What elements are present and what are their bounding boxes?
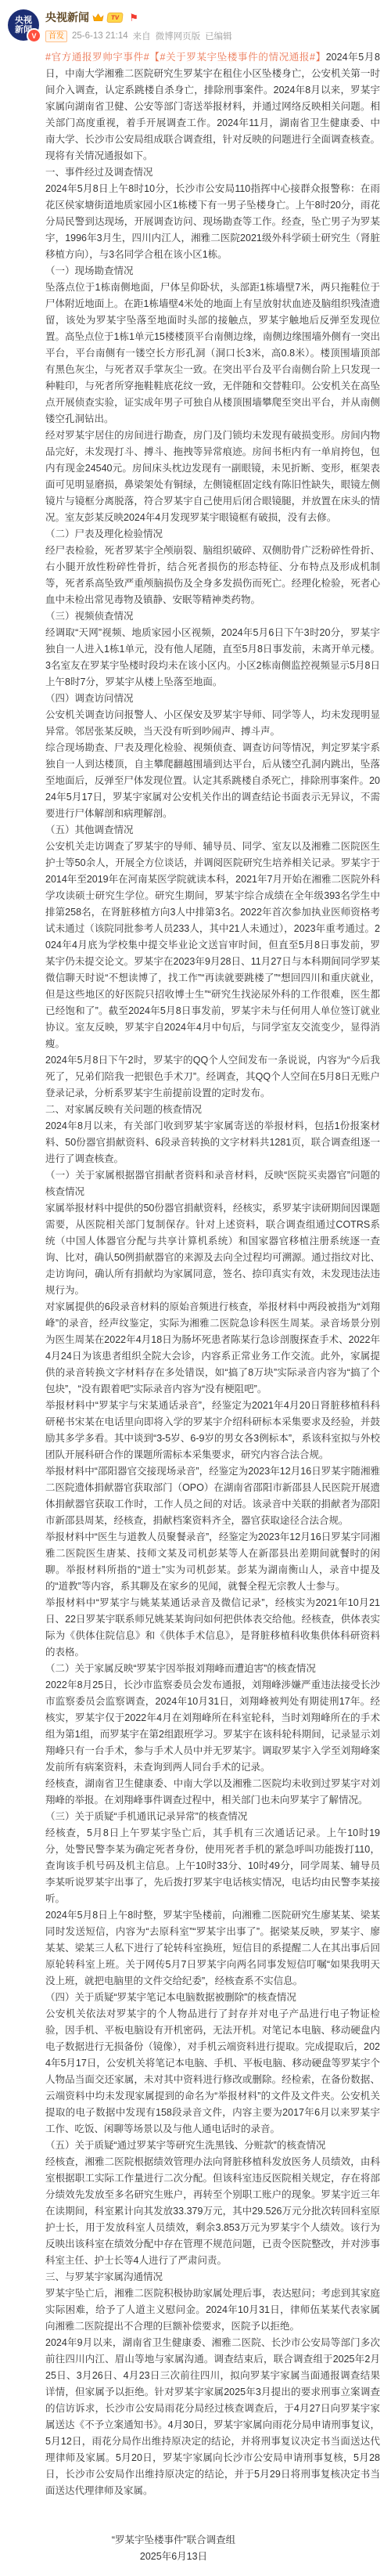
text-segment: （二）尸表及理化检验情况 bbox=[45, 529, 163, 539]
subsection-title: （三）视频侦查情况 bbox=[45, 608, 380, 625]
paragraph: 2024年9月以来，湖南省卫生健康委、湘雅二医院、长沙市公安局等部门多次前往四川… bbox=[45, 2335, 380, 2499]
signature-line: “罗某宇坠楼事件”联合调查组 bbox=[45, 2532, 380, 2549]
text-segment: 举报材料中“邵阳器官交接现场录音”，经鉴定为2023年12月16日罗某宇随湘雅二… bbox=[45, 1466, 380, 1526]
text-segment: 二、对家属反映有关问题的核查情况 bbox=[45, 1104, 202, 1115]
subsection-title: （一）关于家属根据器官捐献者资料和录音材料，反映“医院买卖器官”问题的核查情况 bbox=[45, 1167, 380, 1200]
text-segment: 公安机关依法对罗某宇的个人物品进行了封存并对电子产品进行电子物证检验，因手机、平… bbox=[45, 2008, 380, 2134]
subsection-title: （三）关于质疑“手机通讯记录异常”的核查情况 bbox=[45, 1809, 380, 1825]
text-segment: 公安机关调查访问报警人、小区保安及罗某宇导师、同学等人，均未发现明显异常。邻居张… bbox=[45, 709, 380, 737]
hashtag-link[interactable]: #关于罗某宇坠楼事件的情况通报# bbox=[160, 52, 315, 63]
lead-paragraph: #官方通报罗帅宇事件#【#关于罗某宇坠楼事件的情况通报#】2024年5月8日，中… bbox=[45, 49, 380, 164]
paragraph: 经对罗某宇居住的房间进行勘查，房门及门锁均未发现有破损变形。房间内物品完好，未发… bbox=[45, 428, 380, 526]
tv-member-badge-icon: TV bbox=[106, 13, 124, 23]
paragraph: 经核查，5月8日上午罗某宇坠亡后，其手机有三次通话记录。上午10时19分，处警民… bbox=[45, 1825, 380, 1907]
text-segment: 公安机关走访调查了罗某宇的导师、辅导员、同学、室友以及湘雅二医院医生护士等50余… bbox=[45, 841, 380, 1049]
paragraph: 坠落点位于1栋南侧地面，尸体呈仰卧状，头部距1栋墙壁7米，两只拖鞋位于尸体附近地… bbox=[45, 280, 380, 428]
hashtag-link[interactable]: 【 bbox=[149, 52, 160, 63]
name-row: 央视新闻 TV ⚑ bbox=[45, 10, 232, 24]
paragraph: 2024年8月以来，有关部门收到罗某宇家属寄送的举报材料，包括1份报案材料、50… bbox=[45, 1118, 380, 1167]
paragraph: 对家属提供的6段录音材料的原始音频进行核查，举报材料中两段被指为“刘翔峰”的录音… bbox=[45, 1299, 380, 1398]
verified-v-icon: V bbox=[27, 28, 41, 43]
subsection-title: （五）关于质疑“通过罗某宇等研究生洗黑钱、分赃款”的核查情况 bbox=[45, 2138, 380, 2154]
text-segment: 经核查，湘雅二医院根据绩效管理办法向肾脏移植科发放医务人员绩效，由科室根据职工实… bbox=[45, 2156, 380, 2266]
subsection-title: （五）其他调查情况 bbox=[45, 822, 380, 839]
text-segment: 2024年8月以来，有关部门收到罗某宇家属寄送的举报材料，包括1份报案材料、50… bbox=[45, 1120, 380, 1164]
meta-row: 首发 25-6-13 21:14 来自 微博网页版 已编辑 bbox=[45, 30, 232, 42]
text-segment: 举报材料中“罗某宇与姚某某通话录音及微信记录”，经核实为2021年10月21日、… bbox=[45, 1597, 380, 1658]
hashtag-link[interactable]: #官方通报罗帅宇事件# bbox=[45, 52, 149, 63]
edited-label: 已编辑 bbox=[205, 30, 232, 42]
text-segment: （五）其他调查情况 bbox=[45, 824, 134, 835]
paragraph: 经尸表检验，死者罗某宇全颅崩裂、脑组织破碎、双侧肋骨广泛粉碎性骨折、右小腿开放性… bbox=[45, 543, 380, 608]
source-link[interactable]: 微博网页版 bbox=[156, 30, 201, 42]
text-segment: （四）关于质疑“罗某宇笔记本电脑数据被删除”的核查情况 bbox=[45, 1992, 296, 2003]
hashtag-link[interactable]: 】 bbox=[315, 52, 326, 63]
text-segment: 2024年5月8日上午8时整，罗某宇坠楼前，向湘雅二医院研究生廖某某、梁某同时发… bbox=[45, 1910, 380, 1986]
text-segment: “罗某宇坠楼事件”联合调查组 bbox=[112, 2535, 235, 2545]
subsection-title: （二）关于家属反映“罗某宇因举报刘翔峰而遭迫害”的核查情况 bbox=[45, 1661, 380, 1677]
weibo-post: 央视 新闻 V 央视新闻 TV ⚑ 首发 25-6-13 21:14 来自 微博… bbox=[0, 0, 391, 2576]
paragraph: 2024年5月8日上午8时10分，长沙市公安局110指挥中心接群众报警称：在雨花… bbox=[45, 181, 380, 263]
section-3-title: 三、与罗某宇家属沟通情况 bbox=[45, 2269, 380, 2286]
text-segment: 2024年5月8日，中南大学湘雅二医院研究生罗某宇在租住小区坠楼身亡，公安机关第… bbox=[45, 52, 380, 161]
avatar[interactable]: 央视 新闻 V bbox=[8, 9, 39, 41]
red-flag-icon: ⚑ bbox=[129, 13, 138, 23]
paragraph: 经核查，湖南省卫生健康委、中南大学以及湘雅二医院均未收到过罗某宇对刘翔峰的举报。… bbox=[45, 1776, 380, 1809]
post-text: #官方通报罗帅宇事件#【#关于罗某宇坠楼事件的情况通报#】2024年5月8日，中… bbox=[45, 49, 380, 2565]
paragraph: 综合现场勘查、尸表及理化检验、视频侦查、调查访问等情况，判定罗某宇系独自一人到达… bbox=[45, 740, 380, 822]
text-segment: （一）现场勘查情况 bbox=[45, 265, 134, 276]
text-segment: 综合现场勘查、尸表及理化检验、视频侦查、调查访问等情况，判定罗某宇系独自一人到达… bbox=[45, 742, 380, 819]
paragraph: 2022年8月25日，长沙市监察委员会发布通报，刘翔峰涉嫌严重违法接受长沙市监察… bbox=[45, 1677, 380, 1776]
section-2-title: 二、对家属反映有关问题的核查情况 bbox=[45, 1102, 380, 1118]
paragraph: 2024年5月8日上午8时整，罗某宇坠楼前，向湘雅二医院研究生廖某某、梁某同时发… bbox=[45, 1907, 380, 1990]
text-segment: 举报材料中“医生与道教人员聚餐录音”，经鉴定为2023年12月16日罗某宇同湘雅… bbox=[45, 1532, 380, 1592]
text-segment: 坠落点位于1栋南侧地面，尸体呈仰卧状，头部距1栋墙壁7米，两只拖鞋位于尸体附近地… bbox=[45, 282, 380, 424]
signature-date: 2025年6月13日 bbox=[45, 2549, 380, 2565]
subsection-title: （四）调查访问情况 bbox=[45, 691, 380, 707]
text-segment: （四）调查访问情况 bbox=[45, 693, 134, 704]
paragraph: 举报材料中“罗某宇与姚某某通话录音及微信记录”，经核实为2021年10月21日、… bbox=[45, 1595, 380, 1661]
paragraph: 公安机关依法对罗某宇的个人物品进行了封存并对电子产品进行电子物证检验，因手机、平… bbox=[45, 2006, 380, 2138]
from-label: 来自 bbox=[133, 30, 151, 42]
post-header: 央视 新闻 V 央视新闻 TV ⚑ 首发 25-6-13 21:14 来自 微博… bbox=[8, 9, 380, 42]
text-segment: 2024年5月8日上午8时10分，长沙市公安局110指挥中心接群众报警称：在雨花… bbox=[45, 183, 380, 260]
text-segment: 罗某宇坠亡后，湘雅二医院积极协助家属处理后事，表达慰问；考虑到其家庭实际困难，给… bbox=[45, 2288, 380, 2332]
text-segment: 三、与罗某宇家属沟通情况 bbox=[45, 2271, 163, 2282]
text-segment: 2025年6月13日 bbox=[140, 2551, 207, 2562]
text-segment: 2022年8月25日，长沙市监察委员会发布通报，刘翔峰涉嫌严重违法接受长沙市监察… bbox=[45, 1679, 380, 1773]
first-release-badge: 首发 bbox=[45, 31, 67, 42]
text-segment: （三）视频侦查情况 bbox=[45, 611, 134, 622]
header-info: 央视新闻 TV ⚑ 首发 25-6-13 21:14 来自 微博网页版 已编辑 bbox=[45, 9, 232, 42]
subsection-title: （二）尸表及理化检验情况 bbox=[45, 526, 380, 543]
text-segment: 2024年5月8日下午2时，罗某宇的QQ个人空间发布一条说说，内容为“今后我死了… bbox=[45, 1055, 380, 1099]
paragraph: 公安机关走访调查了罗某宇的导师、辅导员、同学、室友以及湘雅二医院医生护士等50余… bbox=[45, 839, 380, 1052]
section-1-title: 一、事件经过及调查情况 bbox=[45, 164, 380, 181]
paragraph: 举报材料中“邵阳器官交接现场录音”，经鉴定为2023年12月16日罗某宇随湘雅二… bbox=[45, 1463, 380, 1529]
paragraph: 2024年5月8日下午2时，罗某宇的QQ个人空间发布一条说说，内容为“今后我死了… bbox=[45, 1052, 380, 1102]
timestamp: 25-6-13 21:14 bbox=[72, 31, 128, 41]
text-segment: 经调取“天网”视频、地质家园小区视频，2024年5月6日下午3时20分，罗某宇独… bbox=[45, 627, 380, 687]
text-segment: （五）关于质疑“通过罗某宇等研究生洗黑钱、分赃款”的核查情况 bbox=[45, 2140, 325, 2151]
avatar-text-line1: 央视 bbox=[15, 16, 32, 25]
text-segment: 经核查，湖南省卫生健康委、中南大学以及湘雅二医院均未收到过罗某宇对刘翔峰的举报。… bbox=[45, 1778, 380, 1806]
paragraph: 罗某宇坠亡后，湘雅二医院积极协助家属处理后事，表达慰问；考虑到其家庭实际困难，给… bbox=[45, 2286, 380, 2335]
paragraph: 举报材料中“罗某宇与宋某通话录音”，经鉴定为2021年4月20日肾脏移植科科研秘… bbox=[45, 1398, 380, 1463]
paragraph: 举报材料中“医生与道教人员聚餐录音”，经鉴定为2023年12月16日罗某宇同湘雅… bbox=[45, 1529, 380, 1595]
text-segment: 对家属提供的6段录音材料的原始音频进行核查，举报材料中两段被指为“刘翔峰”的录音… bbox=[45, 1301, 380, 1394]
text-segment: 家属举报材料中提供的50份器官捐献资料，经核实，系罗某宇读研期间因课题需要，从医… bbox=[45, 1203, 380, 1296]
text-segment: （三）关于质疑“手机通讯记录异常”的核查情况 bbox=[45, 1811, 247, 1822]
text-segment: 经核查，5月8日上午罗某宇坠亡后，其手机有三次通话记录。上午10时19分，处警民… bbox=[45, 1827, 380, 1904]
text-segment: （一）关于家属根据器官捐献者资料和录音材料，反映“医院买卖器官”问题的核查情况 bbox=[45, 1170, 380, 1197]
paragraph: 经调取“天网”视频、地质家园小区视频，2024年5月6日下午3时20分，罗某宇独… bbox=[45, 625, 380, 691]
text-segment: 经尸表检验，死者罗某宇全颅崩裂、脑组织破碎、双侧肋骨广泛粉碎性骨折、右小腿开放性… bbox=[45, 545, 380, 605]
text-segment: （二）关于家属反映“罗某宇因举报刘翔峰而遭迫害”的核查情况 bbox=[45, 1663, 316, 1674]
text-segment: 2024年9月以来，湖南省卫生健康委、湘雅二医院、长沙市公安局等部门多次前往四川… bbox=[45, 2337, 380, 2496]
vip-crown-icon bbox=[92, 13, 104, 23]
text-segment: 经对罗某宇居住的房间进行勘查，房门及门锁均未发现有破损变形。房间内物品完好，未发… bbox=[45, 430, 380, 523]
username[interactable]: 央视新闻 bbox=[45, 9, 89, 25]
subsection-title: （四）关于质疑“罗某宇笔记本电脑数据被删除”的核查情况 bbox=[45, 1990, 380, 2006]
text-segment: 举报材料中“罗某宇与宋某通话录音”，经鉴定为2021年4月20日肾脏移植科科研秘… bbox=[45, 1400, 380, 1460]
subsection-title: （一）现场勘查情况 bbox=[45, 263, 380, 280]
paragraph: 公安机关调查访问报警人、小区保安及罗某宇导师、同学等人，均未发现明显异常。邻居张… bbox=[45, 707, 380, 740]
paragraph: 家属举报材料中提供的50份器官捐献资料，经核实，系罗某宇读研期间因课题需要，从医… bbox=[45, 1200, 380, 1299]
text-segment: 一、事件经过及调查情况 bbox=[45, 167, 153, 178]
paragraph: 经核查，湘雅二医院根据绩效管理办法向肾脏移植科发放医务人员绩效，由科室根据职工实… bbox=[45, 2154, 380, 2269]
